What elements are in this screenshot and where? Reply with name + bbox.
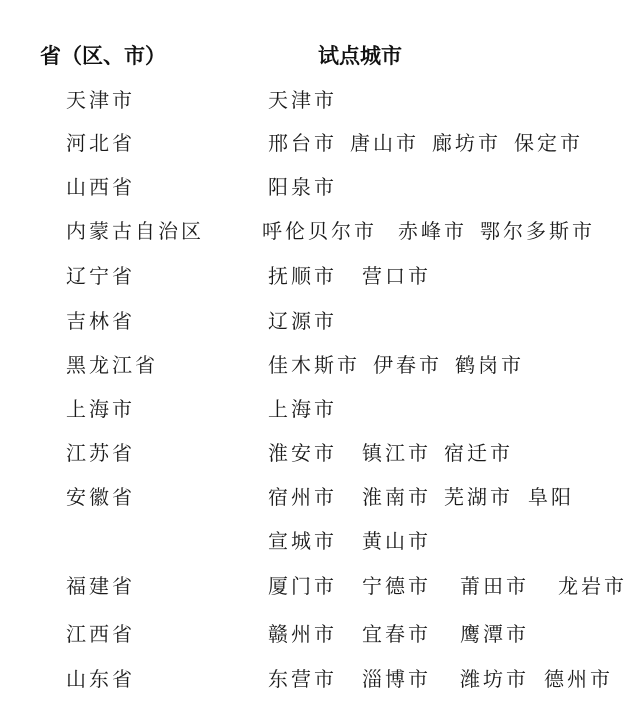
table-row: 山东省 东营市 淄博市 潍坊市 德州市 <box>0 664 640 694</box>
city-name: 淄博市 <box>362 664 431 694</box>
city-name: 宿州市 <box>268 482 337 512</box>
province-name: 江苏省 <box>66 438 135 468</box>
city-name: 阳泉市 <box>268 172 337 202</box>
province-name: 江西省 <box>66 619 135 649</box>
city-name: 芜湖市 <box>444 482 513 512</box>
city-name: 宁德市 <box>362 571 431 601</box>
city-name: 抚顺市 <box>268 261 337 291</box>
city-name: 潍坊市 <box>460 664 529 694</box>
table-row: 山西省 阳泉市 <box>0 172 640 202</box>
table-row: 江西省 赣州市 宜春市 鹰潭市 <box>0 619 640 649</box>
province-name: 吉林省 <box>66 306 135 336</box>
table-row: 黑龙江省 佳木斯市 伊春市 鹤岗市 <box>0 350 640 380</box>
city-name: 辽源市 <box>268 306 337 336</box>
city-name: 唐山市 <box>350 128 419 158</box>
city-name: 淮南市 <box>362 482 431 512</box>
city-name: 龙岩市 <box>558 571 627 601</box>
table-row: 辽宁省 抚顺市 营口市 <box>0 261 640 291</box>
table-row: 上海市 上海市 <box>0 394 640 424</box>
province-name: 山东省 <box>66 664 135 694</box>
city-name: 廊坊市 <box>432 128 501 158</box>
city-name: 厦门市 <box>268 571 337 601</box>
city-name: 上海市 <box>268 394 337 424</box>
city-name: 赣州市 <box>268 619 337 649</box>
table-row: 内蒙古自治区 呼伦贝尔市 赤峰市 鄂尔多斯市 <box>0 216 640 246</box>
table-row: 天津市 天津市 <box>0 85 640 115</box>
table-row: 河北省 邢台市 唐山市 廊坊市 保定市 <box>0 128 640 158</box>
province-name: 内蒙古自治区 <box>66 216 204 246</box>
city-name: 莆田市 <box>460 571 529 601</box>
table-row: 江苏省 淮安市 镇江市 宿迁市 <box>0 438 640 468</box>
city-name: 赤峰市 <box>398 216 467 246</box>
province-name: 天津市 <box>66 85 135 115</box>
city-name: 东营市 <box>268 664 337 694</box>
city-name: 呼伦贝尔市 <box>262 216 377 246</box>
city-name: 宿迁市 <box>444 438 513 468</box>
city-name: 营口市 <box>362 261 431 291</box>
city-name: 黄山市 <box>362 526 431 556</box>
city-name: 镇江市 <box>362 438 431 468</box>
city-name: 鹤岗市 <box>455 350 524 380</box>
table-row: 吉林省 辽源市 <box>0 306 640 336</box>
city-name: 鄂尔多斯市 <box>480 216 595 246</box>
province-name: 辽宁省 <box>66 261 135 291</box>
province-name: 上海市 <box>66 394 135 424</box>
city-name: 宜春市 <box>362 619 431 649</box>
province-name: 福建省 <box>66 571 135 601</box>
province-name: 安徽省 <box>66 482 135 512</box>
city-name: 鹰潭市 <box>460 619 529 649</box>
city-name: 天津市 <box>268 85 337 115</box>
province-name: 黑龙江省 <box>66 350 158 380</box>
province-name: 河北省 <box>66 128 135 158</box>
city-name: 淮安市 <box>268 438 337 468</box>
table-row: 安徽省 宿州市 淮南市 芜湖市 阜阳 <box>0 482 640 512</box>
city-name: 宣城市 <box>268 526 337 556</box>
city-name: 佳木斯市 <box>268 350 360 380</box>
city-name: 邢台市 <box>268 128 337 158</box>
city-name: 阜阳 <box>528 482 574 512</box>
city-name: 德州市 <box>544 664 613 694</box>
table-row: 宣城市 黄山市 <box>0 526 640 556</box>
column-header-province: 省（区、市） <box>40 40 166 70</box>
table-row: 福建省 厦门市 宁德市 莆田市 龙岩市 <box>0 571 640 601</box>
city-name: 保定市 <box>514 128 583 158</box>
column-header-pilot-cities: 试点城市 <box>318 40 402 70</box>
province-name: 山西省 <box>66 172 135 202</box>
city-name: 伊春市 <box>373 350 442 380</box>
